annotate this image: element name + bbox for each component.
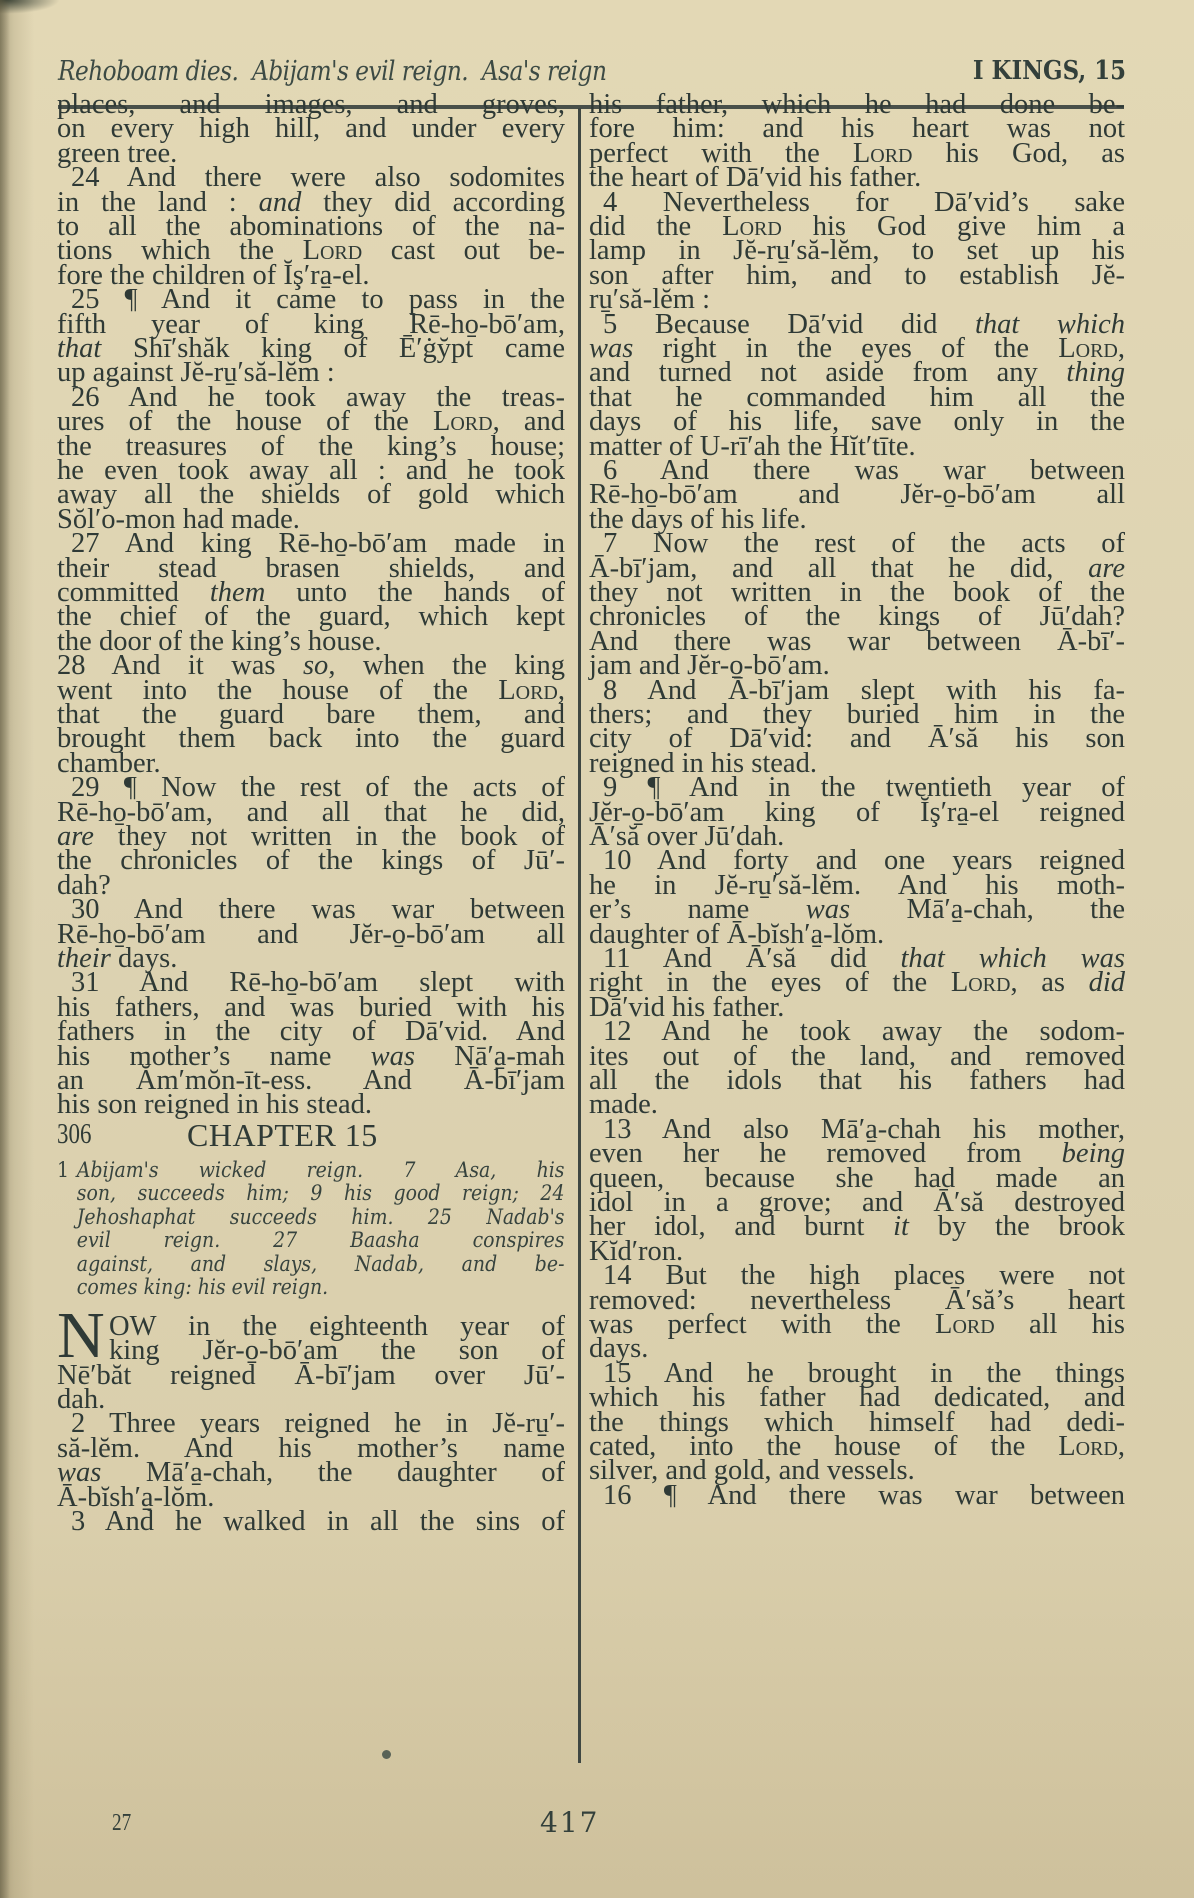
summary-text: comes king: his evil reign.	[77, 1275, 328, 1299]
text-line: his son reigned in his stead.	[57, 1090, 565, 1119]
page-gutter-shadow	[0, 0, 10, 1898]
summary-text: against, and slays, Nadab, and be-	[77, 1252, 565, 1276]
summary-text: Jehoshaphat succeeds him. 25 Nadab's	[77, 1205, 565, 1229]
summary-verse-number: 1	[57, 1159, 69, 1183]
signature-mark: 27	[112, 1810, 131, 1837]
summary-line: against, and slays, Nadab, and be-	[57, 1253, 564, 1277]
summary-line: 1Abijam's wicked reign. 7 Asa, his	[57, 1159, 564, 1183]
summary-line: son, succeeds him; 9 his good reign; 24	[57, 1182, 564, 1206]
text-segment: 3 And he walked in all the sins of	[71, 1506, 565, 1537]
summary-line: comes king: his evil reign.	[57, 1276, 564, 1300]
chapter-ref-number: 306	[57, 1119, 91, 1151]
text-line: 3 And he walked in all the sins of	[57, 1507, 565, 1536]
running-head: Rehoboam dies. Abijam's evil reign. Asa'…	[58, 56, 606, 87]
column-divider	[578, 108, 581, 1763]
text-segment: his son reigned in his stead.	[57, 1089, 372, 1120]
summary-text: Abijam's wicked reign. 7 Asa, his	[77, 1158, 565, 1182]
page-number: 417	[540, 1806, 599, 1839]
summary-text: son, succeeds him; 9 his good reign; 24	[77, 1181, 565, 1205]
bible-page: Rehoboam dies. Abijam's evil reign. Asa'…	[0, 0, 1194, 1898]
summary-line: evil reign. 27 Baasha conspires	[57, 1229, 564, 1253]
summary-text: evil reign. 27 Baasha conspires	[77, 1228, 565, 1252]
text-segment: 16 ¶ And there was war between	[603, 1480, 1125, 1511]
text-line: 16 ¶ And there was war between	[589, 1481, 1125, 1510]
summary-line: Jehoshaphat succeeds him. 25 Nadab's	[57, 1206, 564, 1230]
chapter-heading: 306 CHAPTER 15	[57, 1119, 565, 1153]
chapter-title: CHAPTER 15	[187, 1117, 378, 1154]
ink-blot	[382, 1750, 391, 1759]
book-chapter-reference: I KINGS, 15	[973, 56, 1126, 86]
chapter-summary: 1Abijam's wicked reign. 7 Asa, hisson, s…	[57, 1159, 565, 1300]
